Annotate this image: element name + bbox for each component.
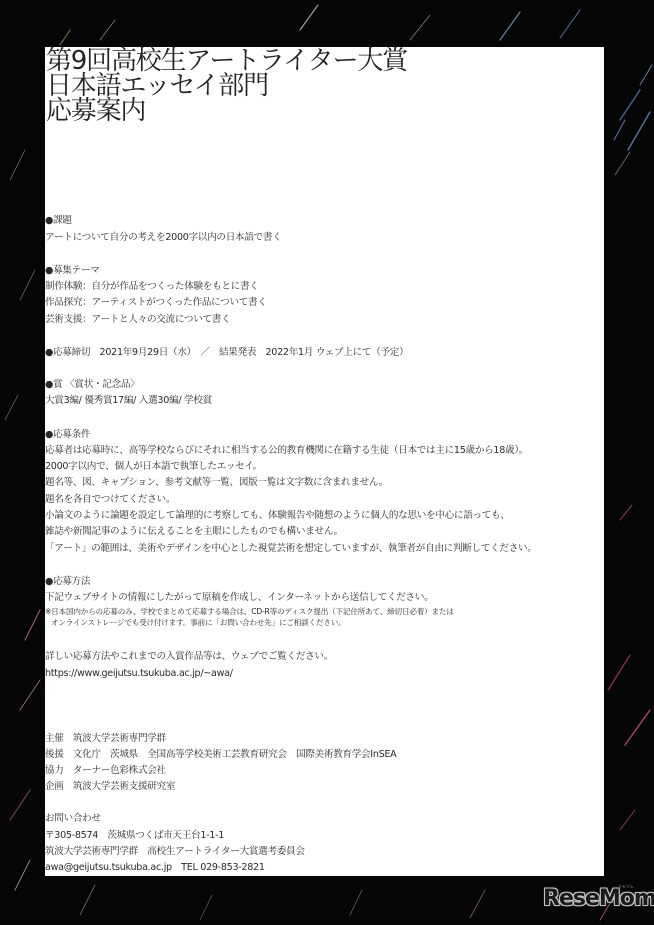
condition-item: 応募者は応募時に、高等学校ならびにそれに相当する公的教育機関に在籍する生徒（日本… (45, 445, 528, 457)
method-text: 下記ウェブサイトの情報にしたがって原稿を作成し、インターネットから送信してくださ… (45, 592, 433, 604)
category-item: 芸術支援：アートと人々の交流について書く (45, 314, 230, 326)
organizer-label: 協力 (45, 765, 64, 776)
condition-item: 題名等、図、キャプション、参考文献等一覧、図版一覧は文字数に含まれません。 (45, 477, 388, 489)
details-url-link[interactable]: https://www.geijutsu.tsukuba.ac.jp/~awa/ (45, 668, 233, 680)
flyer-page: 第9回高校生アートライター大賞 日本語エッセイ部門 応募案内 ●課題 アートにつ… (45, 47, 604, 876)
method-note-2: オンラインストレージでも受け付けます。事前に「お問い合わせ先」にご相談ください。 (45, 617, 346, 628)
method-note-1: ※日本国内からの応募のみ、学校でまとめて応募する場合は、CD-R等のディスク提出… (45, 606, 454, 617)
deadline-text: ●応募締切 2021年9月29日（水） ／ 結果発表 2022年1月 ウェブ上に… (45, 347, 408, 359)
method-heading: ●応募方法 (45, 576, 90, 588)
organizer-value: 筑波大学芸術専門学群 (73, 733, 166, 744)
condition-item: 題名を各自でつけてください。 (45, 494, 175, 506)
categories-heading: ●募集テーマ (45, 265, 100, 277)
theme-heading: ●課題 (45, 215, 72, 227)
condition-item: 小論文のように論題を設定して論理的に考察しても、体験報告や随想のように個人的な思… (45, 510, 510, 522)
contact-email-tel: awa@geijutsu.tsukuba.ac.jp TEL 029-853-2… (45, 862, 265, 874)
condition-item: 「アート」の範囲は、美術やデザインを中心とした視覚芸術を想定していますが、執筆者… (45, 543, 537, 555)
awards-heading: ●賞 〈賞状・記念品〉 (45, 379, 139, 391)
organizer-label: 後援 (45, 749, 64, 760)
theme-text: アートについて自分の考えを2000字以内の日本語で書く (45, 232, 282, 244)
contact-heading: お問い合わせ (45, 813, 101, 825)
organizer-row: 企画 筑波大学芸術支援研究室 (45, 781, 175, 793)
contact-address: 〒305-8574 茨城県つくば市天王台1-1-1 (45, 830, 224, 842)
organizer-value: 筑波大学芸術支援研究室 (73, 781, 175, 792)
condition-item: 雑誌や新聞記事のように伝えることを主眼にしたものでも構いません。 (45, 526, 343, 538)
organizer-row: 後援 文化庁 茨城県 全国高等学校美術工芸教育研究会 国際美術教育学会InSEA (45, 749, 396, 761)
awards-text: 大賞3編/ 優秀賞17編/ 入選30編/ 学校賞 (45, 395, 212, 407)
organizer-label: 主催 (45, 733, 64, 744)
title-line-3: 応募案内 (46, 99, 407, 124)
organizer-row: 協力 ターナー色彩株式会社 (45, 765, 166, 777)
category-item: 制作体験：自分が作品をつくった体験をもとに書く (45, 281, 259, 293)
organizer-value: 文化庁 茨城県 全国高等学校美術工芸教育研究会 国際美術教育学会InSEA (73, 749, 397, 760)
organizer-value: ターナー色彩株式会社 (73, 765, 166, 776)
resemom-logo: ReseMom (543, 886, 654, 911)
flyer-title: 第9回高校生アートライター大賞 日本語エッセイ部門 応募案内 (46, 49, 407, 124)
details-text: 詳しい応募方法やこれまでの入賞作品等は、ウェブでご覧ください。 (45, 651, 333, 663)
conditions-heading: ●応募条件 (45, 429, 90, 441)
contact-org: 筑波大学芸術専門学群 高校生アートライター大賞選考委員会 (45, 846, 305, 858)
organizer-label: 企画 (45, 781, 64, 792)
category-item: 作品探究：アーティストがつくった作品について書く (45, 297, 267, 309)
organizer-row: 主催 筑波大学芸術専門学群 (45, 733, 166, 745)
condition-item: 2000字以内で、個人が日本語で執筆したエッセイ。 (45, 461, 262, 473)
